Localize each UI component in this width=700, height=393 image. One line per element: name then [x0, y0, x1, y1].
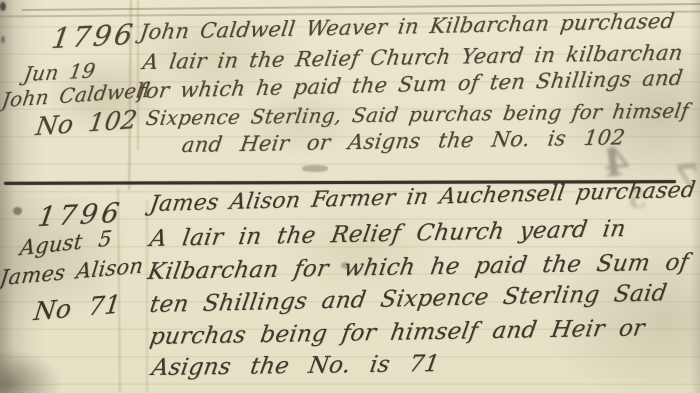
entry1-margin-year: 1796: [49, 17, 137, 55]
entry2-margin-date: Agust 5: [19, 226, 114, 260]
ruled-line-top: [22, 3, 700, 10]
handwritten-line: ten Shillings and Sixpence Sterling Said: [148, 280, 669, 318]
ink-speck: [1, 36, 5, 43]
margin-fold-line: [137, 0, 139, 150]
ink-speck: [13, 207, 22, 215]
entry2-margin-number: No 71: [32, 289, 122, 326]
entry1-margin-number: No 102: [34, 105, 139, 141]
handwritten-line: Asigns the No. is 71: [150, 351, 442, 381]
ink-speck: [0, 2, 6, 11]
manuscript-page: 4 7 5 1796 Jun 19 John Caldwell No 102 J…: [0, 0, 700, 393]
ink-speck: [302, 165, 328, 172]
handwritten-line: Kilbarchan for which he paid the Sum of: [146, 250, 691, 286]
handwritten-line: purchas being for himself and Heir or: [148, 315, 647, 350]
margin-fold-line: [146, 200, 148, 393]
handwritten-line: and Heir or Asigns the No. is 102: [180, 125, 626, 157]
handwritten-line: A lair in the Relief Church yeard in: [148, 216, 628, 252]
